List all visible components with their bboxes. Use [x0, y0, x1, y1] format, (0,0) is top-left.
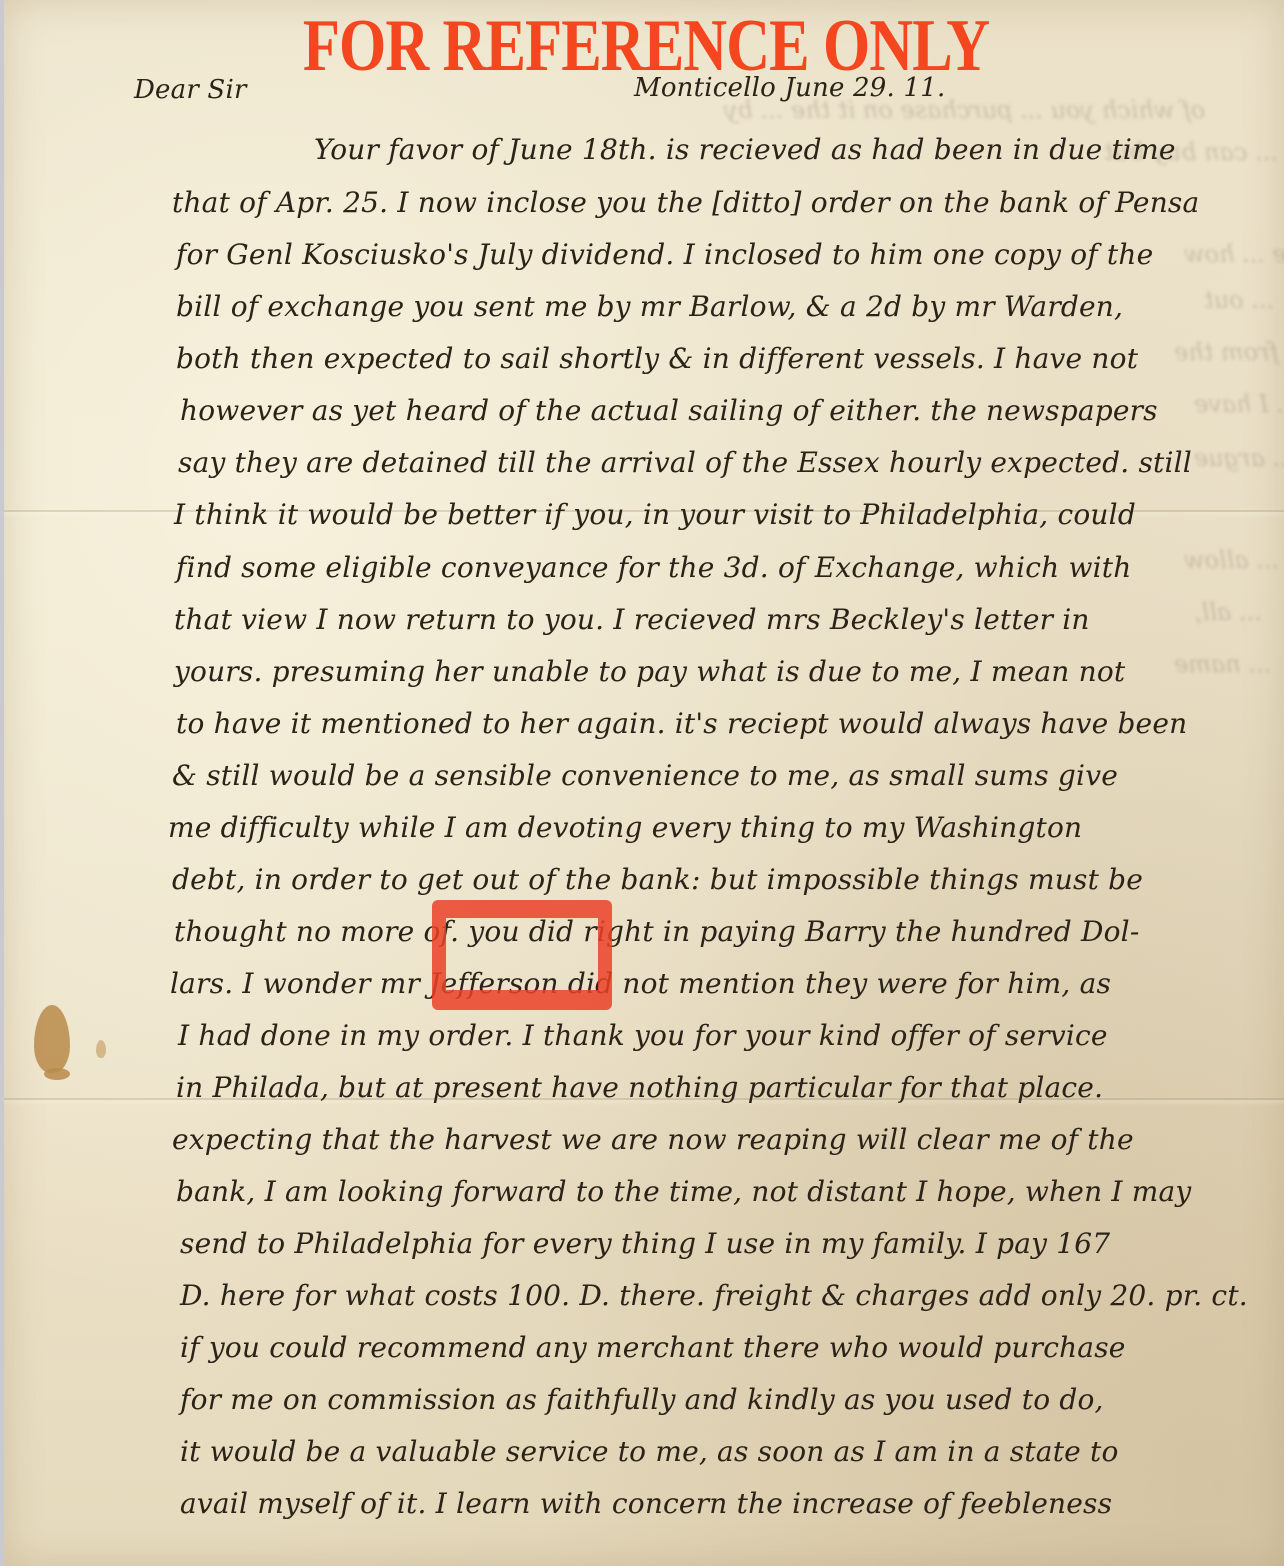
letter-line: that of Apr. 25. I now inclose you the [… — [172, 183, 1199, 223]
paper-stain — [34, 1005, 70, 1073]
letter-line: thought no more of. you did right in pay… — [174, 912, 1140, 952]
bleed-through-text: ... out — [1204, 286, 1274, 314]
bleed-through-text: ... from the — [1174, 338, 1284, 366]
letter-line: send to Philadelphia for every thing I u… — [180, 1224, 1110, 1264]
paper-stain — [44, 1068, 70, 1080]
letter-line: bank, I am looking forward to the time, … — [176, 1172, 1191, 1212]
bleed-through-text: ... name — [1174, 650, 1271, 678]
letter-line: me difficulty while I am devoting every … — [168, 808, 1082, 848]
letter-line: however as yet heard of the actual saili… — [180, 391, 1158, 431]
bleed-through-text: ... I have — [1194, 390, 1284, 418]
letter-line: debt, in order to get out of the bank: b… — [172, 860, 1143, 900]
letter-line: Your favor of June 18th. is recieved as … — [314, 130, 1176, 170]
bleed-through-text: ... allow — [1184, 546, 1279, 574]
letter-line: to have it mentioned to her again. it's … — [176, 704, 1187, 744]
letter-line: if you could recommend any merchant ther… — [180, 1328, 1126, 1368]
letter-line: expecting that the harvest we are now re… — [172, 1120, 1134, 1160]
letter-line: lars. I wonder mr Jefferson did not ment… — [170, 964, 1111, 1004]
letter-line: I had done in my order. I thank you for … — [178, 1016, 1108, 1056]
letter-line: D. here for what costs 100. D. there. fr… — [180, 1276, 1248, 1316]
letter-line: I think it would be better if you, in yo… — [174, 495, 1136, 535]
letter-line: for me on commission as faithfully and k… — [180, 1380, 1104, 1420]
bleed-through-text: ... argue — [1194, 444, 1284, 472]
bleed-through-text: ... all, — [1194, 598, 1262, 626]
letter-line: yours. presuming her unable to pay what … — [174, 652, 1125, 692]
bleed-through-text: ... the ... how — [1184, 240, 1284, 268]
letter-line: find some eligible conveyance for the 3d… — [176, 548, 1131, 588]
letter-line: both then expected to sail shortly & in … — [176, 339, 1138, 379]
letter-line: it would be a valuable service to me, as… — [180, 1432, 1119, 1472]
letter-line: avail myself of it. I learn with concern… — [180, 1484, 1112, 1524]
letter-line: & still would be a sensible convenience … — [172, 756, 1118, 796]
place-date: Monticello June 29. 11. — [634, 68, 945, 108]
jefferson-highlight-box — [432, 900, 612, 1010]
letter-line: bill of exchange you sent me by mr Barlo… — [176, 287, 1123, 327]
letter-line: say they are detained till the arrival o… — [178, 443, 1192, 483]
manuscript-page: of which you ... purchase on it the ... … — [4, 0, 1284, 1566]
letter-line: for Genl Kosciusko's July dividend. I in… — [176, 235, 1153, 275]
letter-line: in Philada, but at present have nothing … — [176, 1068, 1103, 1108]
paper-stain — [96, 1040, 106, 1058]
salutation: Dear Sir — [134, 70, 247, 110]
letter-line: that view I now return to you. I recieve… — [174, 600, 1090, 640]
